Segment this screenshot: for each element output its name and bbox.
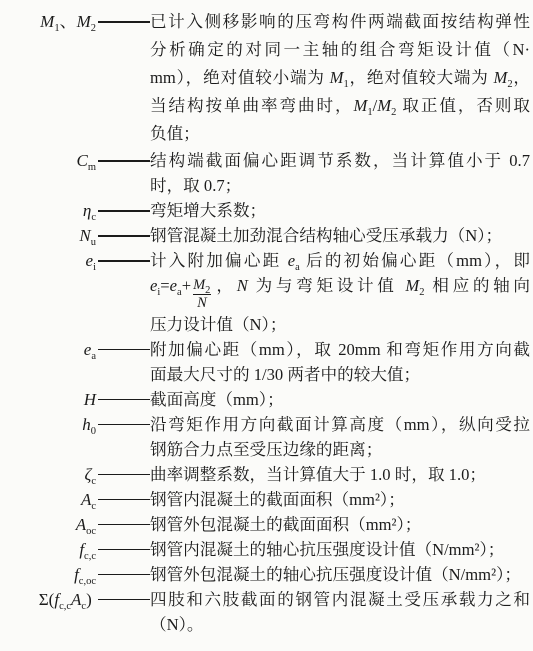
math-variable: M — [330, 68, 344, 87]
math-subscript: c,oc — [79, 576, 96, 587]
dash-connector — [98, 524, 150, 526]
text-run: 曲率调整系数，当计算值大于 1.0 时，取 1.0； — [150, 465, 486, 484]
definition-description: 结构端截面偏心距调节系数，当计算值小于 0.7时，取 0.7； — [150, 148, 530, 198]
text-run: 分析确定的对同一主轴的组合弯矩设计值（N· — [150, 40, 530, 59]
math-variable: A — [81, 490, 91, 509]
definition-entry: Nu钢管混凝土加劲混合结构轴心受压承载力（N）； — [0, 223, 533, 248]
text-run: 计入附加偏心距 — [150, 251, 288, 270]
math-variable: M — [40, 12, 54, 31]
math-variable: e — [170, 276, 177, 295]
text-run: 钢管内混凝土的轴心抗压强度设计值（N/mm²）； — [150, 540, 504, 559]
text-run: ) — [86, 590, 96, 609]
text-run: 沿弯矩作用方向截面计算高度（mm），纵向受拉 — [150, 415, 530, 434]
definition-entry: Cm结构端截面偏心距调节系数，当计算值小于 0.7时，取 0.7； — [0, 148, 533, 198]
text-line: 面最大尺寸的 1/30 两者中的较大值； — [150, 362, 530, 387]
text-line: 附加偏心距（mm），取 20mm 和弯矩作用方向截 — [150, 337, 530, 362]
text-line: 分析确定的对同一主轴的组合弯矩设计值（N· — [150, 36, 530, 64]
text-run: 钢筋合力点至受压边缘的距离； — [150, 440, 382, 459]
fraction-denominator: N — [193, 294, 211, 312]
text-run: + — [182, 276, 191, 295]
dash-connector — [98, 499, 150, 501]
symbol-term: M1、M2 — [0, 7, 150, 32]
document-page: M1、M2已计入侧移影响的压弯构件两端截面按结构弹性分析确定的对同一主轴的组合弯… — [0, 0, 533, 651]
math-variable: M — [193, 277, 205, 293]
definition-entry: fc,c钢管内混凝土的轴心抗压强度设计值（N/mm²）； — [0, 537, 533, 562]
text-line: 负值； — [150, 120, 530, 148]
definition-entry: Σ(fc,cAc) 四肢和六肢截面的钢管内混凝土受压承载力之和（N）。 — [0, 587, 533, 637]
text-run: 后的初始偏心距（mm），即 — [300, 251, 530, 270]
symbol-term: Nu — [0, 226, 150, 246]
math-variable: e — [288, 251, 295, 270]
text-run: 面最大尺寸的 1/30 两者中的较大值； — [150, 365, 420, 384]
symbol-term: Σ(fc,cAc) — [0, 590, 150, 610]
math-variable: M — [354, 96, 368, 115]
math-subscript: i — [93, 262, 96, 273]
text-run: 负值； — [150, 124, 200, 143]
definition-description: 钢管混凝土加劲混合结构轴心受压承载力（N）； — [150, 223, 530, 248]
definition-description: 截面高度（mm）； — [150, 387, 530, 412]
math-variable: M — [77, 12, 91, 31]
definition-description: 四肢和六肢截面的钢管内混凝土受压承载力之和（N）。 — [150, 587, 530, 637]
definition-entry: H截面高度（mm）； — [0, 387, 533, 412]
text-run: 已计入侧移影响的压弯构件两端截面按结构弹性 — [150, 12, 530, 31]
math-variable: M — [405, 276, 419, 295]
symbol-term: Cm — [0, 151, 150, 171]
text-line: 时，取 0.7； — [150, 173, 530, 198]
text-line: 沿弯矩作用方向截面计算高度（mm），纵向受拉 — [150, 412, 530, 437]
text-line: 钢筋合力点至受压边缘的距离； — [150, 437, 530, 462]
text-run: 相应的轴向 — [424, 276, 530, 295]
text-run: mm），绝对值较小端为 — [150, 68, 330, 87]
math-variable: A — [71, 590, 81, 609]
definition-entry: Ac钢管内混凝土的截面面积（mm²）； — [0, 487, 533, 512]
dash-connector — [98, 599, 150, 601]
text-run: Σ( — [39, 590, 55, 609]
text-run: 钢管外包混凝土的截面面积（mm²）； — [150, 515, 421, 534]
symbol-term: fc,c — [0, 540, 150, 560]
text-line: 四肢和六肢截面的钢管内混凝土受压承载力之和 — [150, 587, 530, 612]
dash-connector — [98, 160, 150, 162]
math-subscript: oc — [86, 526, 96, 537]
math-variable: e — [86, 251, 94, 270]
text-line: 已计入侧移影响的压弯构件两端截面按结构弹性 — [150, 8, 530, 36]
text-run: = — [160, 276, 169, 295]
text-line: 截面高度（mm）； — [150, 387, 530, 412]
definition-description: 钢管外包混凝土的截面面积（mm²）； — [150, 512, 530, 537]
math-subscript: u — [91, 237, 96, 248]
text-run: 四肢和六肢截面的钢管内混凝土受压承载力之和 — [150, 590, 530, 609]
text-run: 时，取 0.7； — [150, 176, 241, 195]
symbol-term: h0 — [0, 415, 150, 435]
math-variable: N — [79, 226, 90, 245]
text-run: 弯矩增大系数； — [150, 201, 266, 220]
text-line: 弯矩增大系数； — [150, 198, 530, 223]
text-run: ， — [513, 68, 530, 87]
definition-description: 弯矩增大系数； — [150, 198, 530, 223]
text-line: 钢管内混凝土的轴心抗压强度设计值（N/mm²）； — [150, 537, 530, 562]
text-line: mm），绝对值较小端为 M1，绝对值较大端为 M2， — [150, 64, 530, 92]
definition-entry: ζc曲率调整系数，当计算值大于 1.0 时，取 1.0； — [0, 462, 533, 487]
text-run: 取正值，否则取 — [396, 96, 530, 115]
text-run: 当结构按单曲率弯曲时， — [150, 96, 354, 115]
math-subscript: c — [91, 501, 96, 512]
definition-entry: Aoc钢管外包混凝土的截面面积（mm²）； — [0, 512, 533, 537]
text-line: 钢管外包混凝土的截面面积（mm²）； — [150, 512, 530, 537]
math-variable: A — [76, 515, 86, 534]
definition-entry: fc,oc钢管外包混凝土的轴心抗压强度设计值（N/mm²）； — [0, 562, 533, 587]
symbol-term: ei — [0, 251, 150, 271]
text-run: ，绝对值较大端为 — [349, 68, 494, 87]
definition-description: 附加偏心距（mm），取 20mm 和弯矩作用方向截面最大尺寸的 1/30 两者中… — [150, 337, 530, 387]
definition-description: 钢管内混凝土的轴心抗压强度设计值（N/mm²）； — [150, 537, 530, 562]
text-line: （N）。 — [150, 612, 530, 637]
math-subscript: m — [88, 162, 96, 173]
math-variable: N — [237, 276, 248, 295]
dash-connector — [98, 549, 150, 551]
fraction: M2N — [193, 277, 211, 312]
text-run: 截面高度（mm）； — [150, 390, 284, 409]
text-run: 结构端截面偏心距调节系数，当计算值小于 0.7 — [150, 151, 530, 170]
definition-entry: ei计入附加偏心距 ea 后的初始偏心距（mm），即ei=ea+M2N，N 为与… — [0, 248, 533, 337]
math-subscript: c — [91, 212, 96, 223]
definition-description: 钢管内混凝土的截面面积（mm²）； — [150, 487, 530, 512]
text-line: 曲率调整系数，当计算值大于 1.0 时，取 1.0； — [150, 462, 530, 487]
dash-connector — [98, 210, 150, 212]
text-line: 钢管混凝土加劲混合结构轴心受压承载力（N）； — [150, 223, 530, 248]
dash-connector — [98, 260, 150, 262]
definition-description: 曲率调整系数，当计算值大于 1.0 时，取 1.0； — [150, 462, 530, 487]
math-variable: N — [197, 295, 207, 311]
text-line: 当结构按单曲率弯曲时，M1/M2 取正值，否则取 — [150, 92, 530, 120]
fraction-numerator: M2 — [193, 277, 211, 294]
dash-connector — [98, 474, 150, 476]
text-line: 钢管内混凝土的截面面积（mm²）； — [150, 487, 530, 512]
math-subscript: c,c — [84, 551, 96, 562]
math-subscript: 0 — [91, 426, 96, 437]
symbol-term: Aoc — [0, 515, 150, 535]
definition-description: 沿弯矩作用方向截面计算高度（mm），纵向受拉钢筋合力点至受压边缘的距离； — [150, 412, 530, 462]
definition-entry: ea附加偏心距（mm），取 20mm 和弯矩作用方向截面最大尺寸的 1/30 两… — [0, 337, 533, 387]
text-run: 钢管外包混凝土的轴心抗压强度设计值（N/mm²）； — [150, 565, 521, 584]
dash-connector — [98, 349, 150, 351]
math-variable: M — [377, 96, 391, 115]
text-line: ei=ea+M2N，N 为与弯矩设计值 M2 相应的轴向 — [150, 273, 530, 312]
math-subscript: c — [91, 476, 96, 487]
text-run: 钢管内混凝土的截面面积（mm²）； — [150, 490, 405, 509]
definition-description: 钢管外包混凝土的轴心抗压强度设计值（N/mm²）； — [150, 562, 530, 587]
symbol-term: H — [0, 390, 150, 410]
definition-entry: M1、M2已计入侧移影响的压弯构件两端截面按结构弹性分析确定的对同一主轴的组合弯… — [0, 7, 533, 148]
math-variable: C — [76, 151, 87, 170]
math-variable: H — [84, 390, 96, 409]
math-variable: h — [82, 415, 91, 434]
text-run: 钢管混凝土加劲混合结构轴心受压承载力（N）； — [150, 226, 502, 245]
dash-connector — [98, 424, 150, 426]
definition-entry: ηc弯矩增大系数； — [0, 198, 533, 223]
definition-entry: h0沿弯矩作用方向截面计算高度（mm），纵向受拉钢筋合力点至受压边缘的距离； — [0, 412, 533, 462]
symbol-term: Ac — [0, 490, 150, 510]
text-run: 附加偏心距（mm），取 20mm 和弯矩作用方向截 — [150, 340, 530, 359]
text-run: ， — [213, 276, 237, 295]
definition-description: 计入附加偏心距 ea 后的初始偏心距（mm），即ei=ea+M2N，N 为与弯矩… — [150, 248, 530, 337]
text-run: （N）。 — [150, 615, 203, 634]
dash-connector — [98, 235, 150, 237]
text-run: 为与弯矩设计值 — [248, 276, 406, 295]
symbol-term: ηc — [0, 201, 150, 221]
math-subscript: c,c — [59, 601, 71, 612]
math-variable: M — [494, 68, 508, 87]
symbol-term: fc,oc — [0, 565, 150, 585]
text-line: 钢管外包混凝土的轴心抗压强度设计值（N/mm²）； — [150, 562, 530, 587]
text-run: 压力设计值（N）； — [150, 315, 286, 334]
symbol-term: ζc — [0, 465, 150, 485]
text-line: 计入附加偏心距 ea 后的初始偏心距（mm），即 — [150, 248, 530, 273]
math-subscript: 2 — [91, 23, 96, 34]
dash-connector — [98, 574, 150, 576]
text-line: 结构端截面偏心距调节系数，当计算值小于 0.7 — [150, 148, 530, 173]
text-run: 、 — [60, 12, 77, 31]
math-subscript: a — [91, 351, 96, 362]
dash-connector — [98, 21, 150, 23]
symbol-term: ea — [0, 340, 150, 360]
definition-description: 已计入侧移影响的压弯构件两端截面按结构弹性分析确定的对同一主轴的组合弯矩设计值（… — [150, 8, 530, 148]
text-line: 压力设计值（N）； — [150, 312, 530, 337]
dash-connector — [98, 399, 150, 401]
